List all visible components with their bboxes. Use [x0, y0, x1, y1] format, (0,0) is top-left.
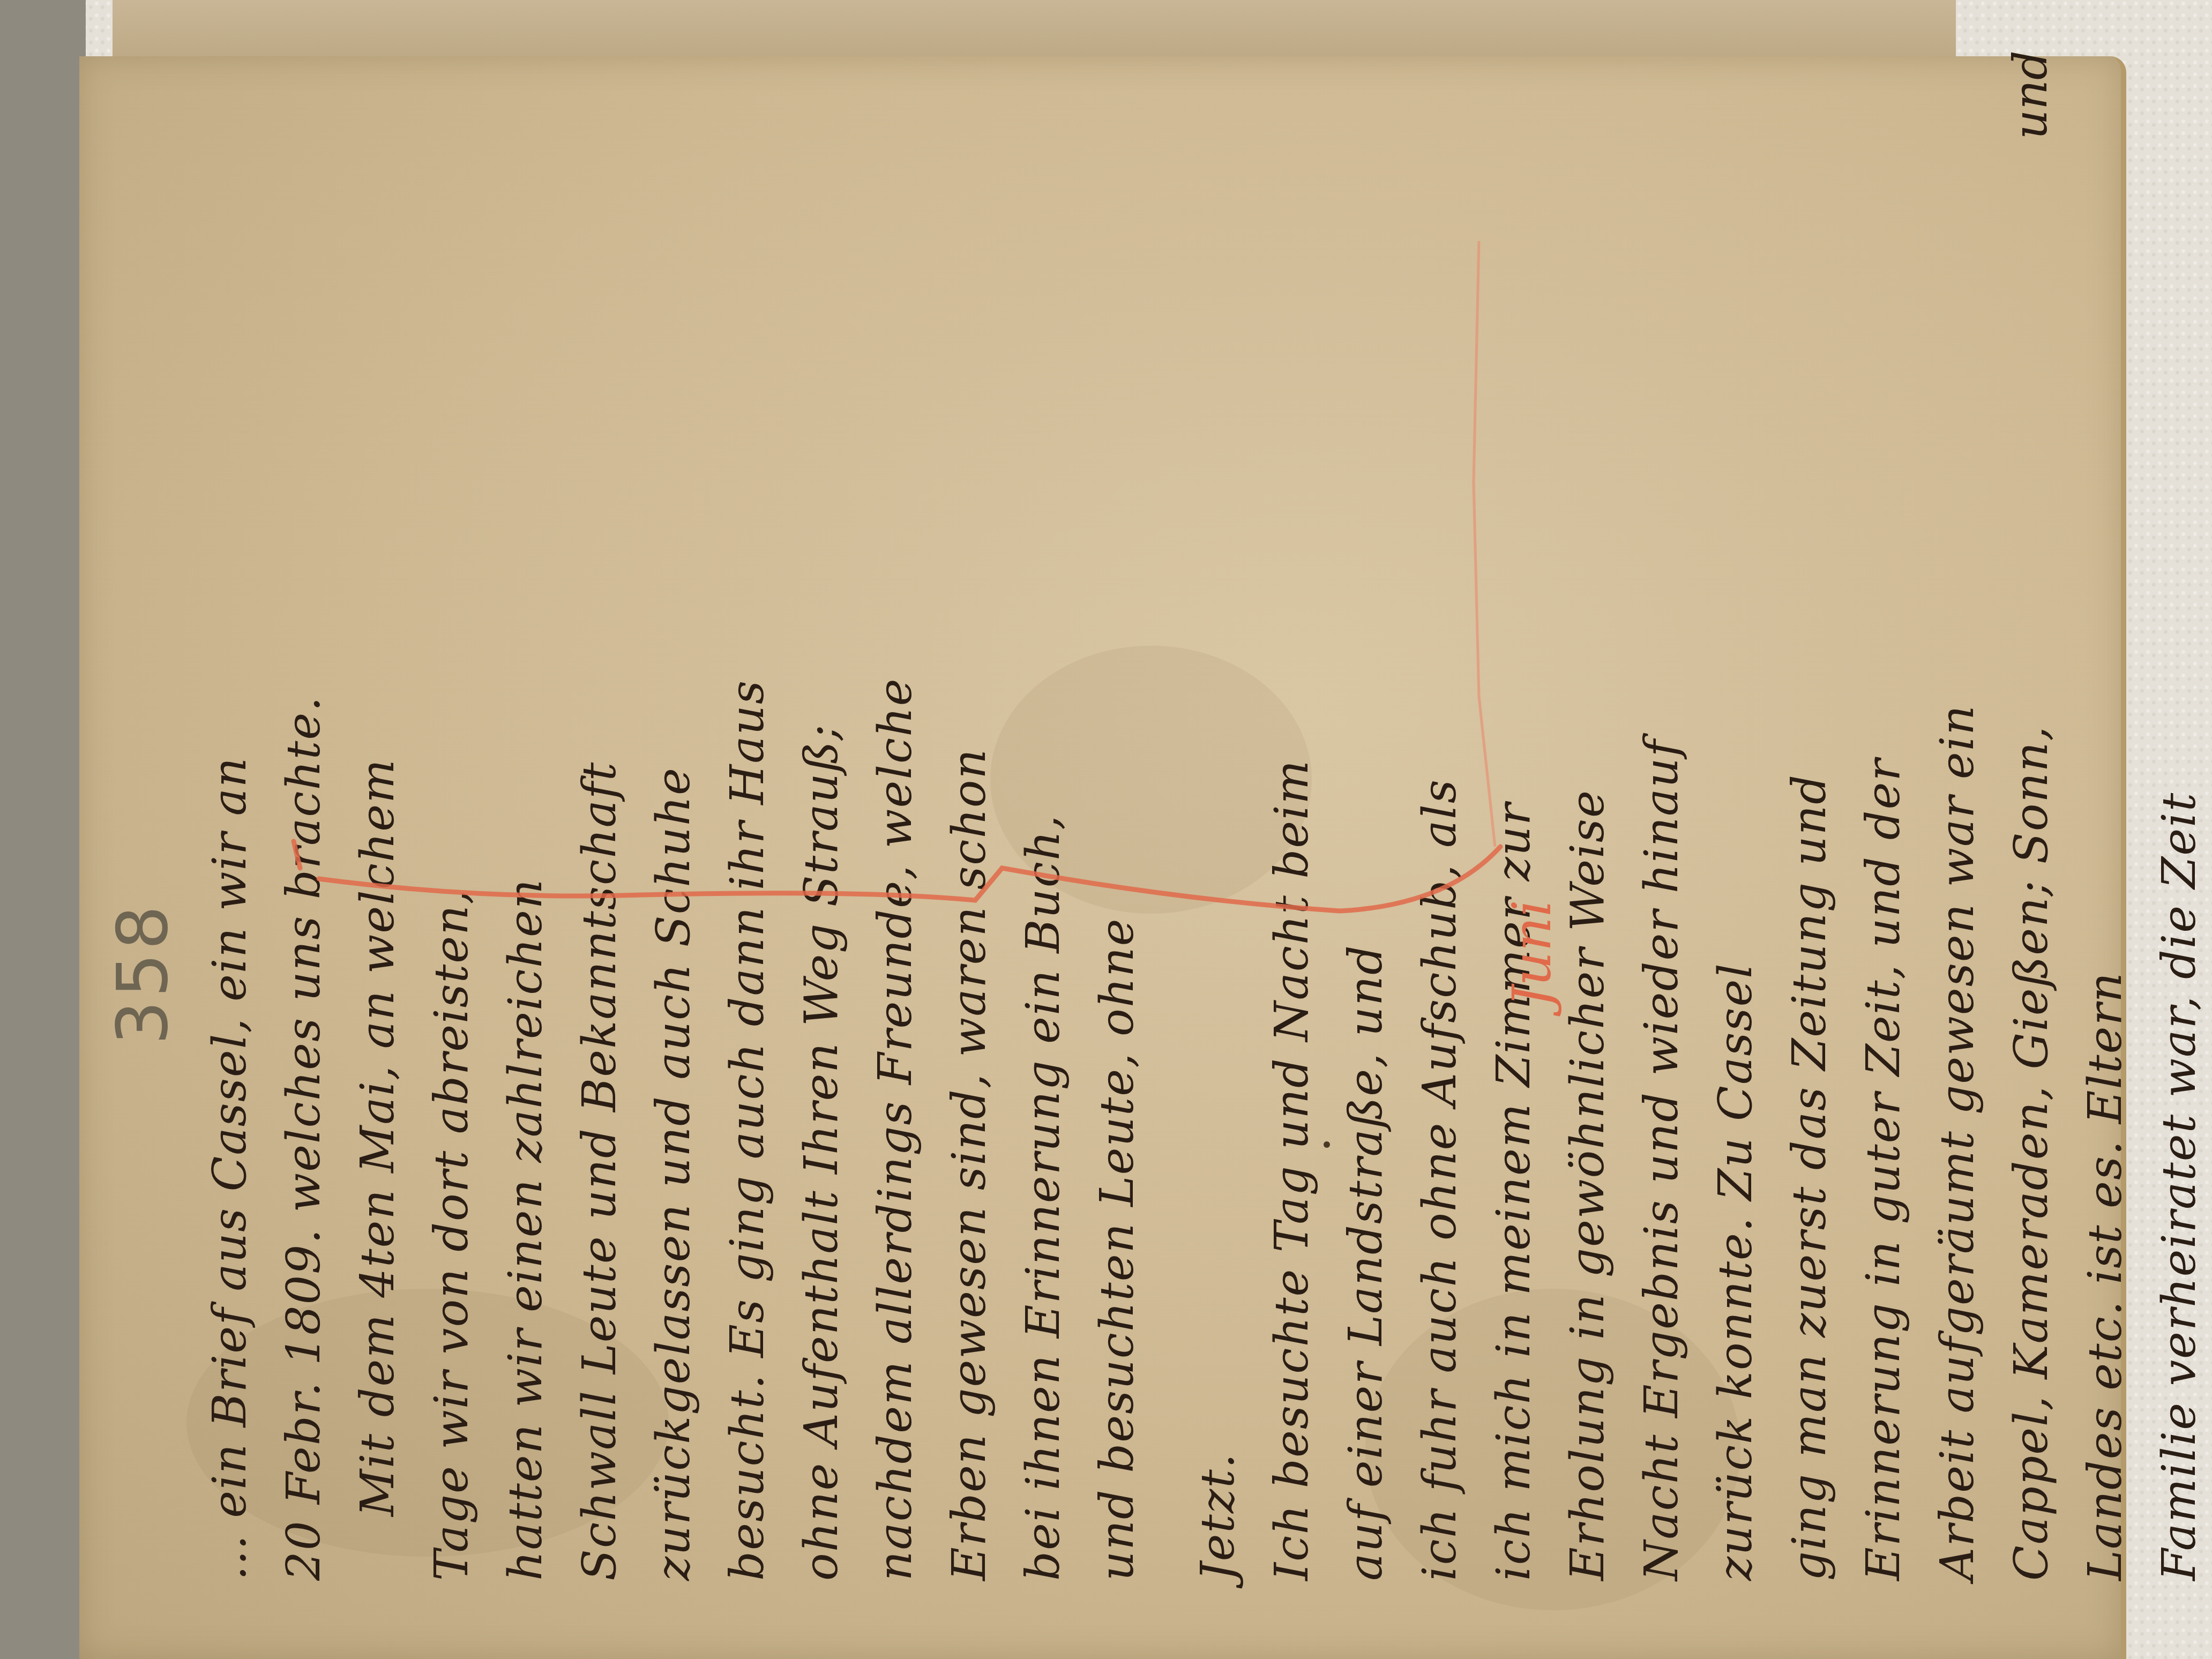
catchword: und [2004, 50, 2058, 139]
text-line: Erinnerung in guter Zeit, und der [1847, 0, 1920, 1581]
text-line: Arbeit aufgeräumt gewesen war ein [1920, 0, 1994, 1581]
text-line: zurückgelassen und auch Schuhe [637, 0, 711, 1581]
text-line: Jetzt. [1181, 0, 1255, 1581]
text-line: ging man zuerst das Zeitung und [1773, 0, 1847, 1581]
text-line: und besuchten Leute, ohne [1080, 0, 1154, 1581]
text-line: Ich besuchte Tag und Nacht beim [1255, 0, 1329, 1581]
text-line: … ein Brief aus Cassel, ein wir an [193, 0, 267, 1581]
page-number: 358 [102, 902, 183, 1045]
text-line: Cappel, Kameraden, Gießen; Sonn, [1994, 0, 2068, 1581]
text-line: auf einer Landstraße, und [1329, 0, 1403, 1581]
text-line: Familie verheiratet war, die Zeit [2142, 0, 2212, 1581]
text-line: Nacht Ergebnis und wieder hinauf [1625, 0, 1699, 1581]
text-line: 20 Febr. 1809. welches uns brachte. [267, 0, 341, 1581]
text-line: Mit dem 4ten Mai, an welchem [341, 0, 415, 1581]
text-line: Landes etc. ist es. Eltern [2068, 0, 2142, 1581]
handwritten-text-block: … ein Brief aus Cassel, ein wir an 20 Fe… [193, 0, 1908, 1581]
text-line: zurück konnte. Zu Cassel [1699, 0, 1773, 1581]
text-line: Schwall Leute und Bekanntschaft [563, 0, 637, 1581]
text-line: Erholung in gewöhnlicher Weise [1551, 0, 1625, 1581]
text-line: hatten wir einen zahlreichen [489, 0, 563, 1581]
book-shadow-edge [0, 0, 86, 1659]
text-line: ohne Aufenthalt Ihren Weg Strauß; [784, 0, 858, 1581]
text-line: nachdem allerdings Freunde, welche [858, 0, 932, 1581]
text-line: ich mich in meinem Zimmer zur [1477, 0, 1551, 1581]
red-margin-note: Juni [1500, 900, 1563, 1007]
text-line: Tage wir von dort abreisten, [415, 0, 489, 1581]
text-line: bei ihnen Erinnerung ein Buch, [1006, 0, 1080, 1581]
text-line: ich fuhr auch ohne Aufschub, als [1403, 0, 1477, 1581]
text-line: Erben gewesen sind, waren schon [932, 0, 1006, 1581]
text-line: besucht. Es ging auch dann ihr Haus [711, 0, 784, 1581]
